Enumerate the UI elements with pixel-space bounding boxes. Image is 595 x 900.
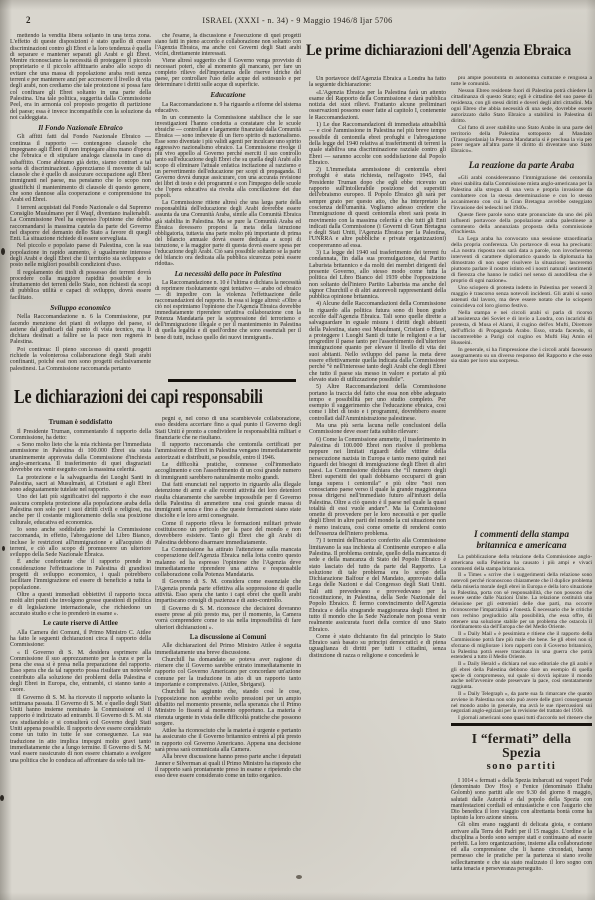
section-heading-stampa: I commenti della stampa britannica e ame…	[453, 530, 590, 551]
paragraph: Il « Daily Mail » è pessimista e ritiene…	[451, 632, 592, 661]
column-spezia: I “fermati” della Spezia sono partiti I …	[451, 729, 592, 894]
paragraph: Il « Daily Telegraph », da parte sua fa …	[451, 692, 592, 715]
paragraph: « Il Governo di S. M. desidera esprimere…	[10, 650, 151, 694]
column-press-comments: I commenti della stampa britannica e ame…	[451, 524, 592, 721]
paragraph: Le difficoltà pratiche, connesse coll'im…	[155, 462, 301, 481]
paragraph: che l'esame, la discussione e l'esecuzio…	[155, 33, 301, 57]
paragraph: Dai fatti enunciati nel rapporto in rigu…	[155, 482, 301, 520]
paragraph: Nella Raccomandazione n. 6 la Commission…	[10, 314, 151, 345]
paragraph: 3) La legge del 1940 sul trasferimento d…	[309, 250, 446, 300]
section-heading-fondo-nazionale: Il Fondo Nazionale Ebraico	[10, 124, 151, 132]
paragraph: Il « Daily Herald » dichiara nel suo edi…	[451, 662, 592, 691]
column-agenzia-right: più ampie possibilità di autonomia cultu…	[451, 76, 592, 522]
paragraph: mettendo la vendita libera soltanto in u…	[10, 33, 151, 121]
paragraph: pegni e, nel corso di una scambievole co…	[155, 416, 301, 441]
paragraph: Un portavoce dell'Agenzia Ebraica a Lond…	[309, 76, 446, 89]
paragraph: Il « Times » scrive che i suggerimenti d…	[451, 573, 592, 631]
column-top-middle: che l'esame, la discussione e l'esecuzio…	[155, 33, 301, 377]
paragraph: 5) Altre Raccomandazioni della Commissio…	[309, 384, 446, 422]
masthead: ISRAEL (XXXI - n. 34) - 9 Maggio 1946/8 …	[60, 16, 535, 25]
paragraph: Il rapporto raccomanda che centomila cer…	[155, 442, 301, 461]
paragraph: La Lega araba ha convocato una sessione …	[451, 237, 592, 285]
section-heading-pace-palestina: La necessità della pace in Palestina	[155, 270, 301, 278]
paragraph: Viene altresì suggerito che il Governo v…	[155, 58, 301, 88]
paragraph: Io sono anche soddisfatto perché la Comm…	[10, 527, 151, 558]
paragraph: «Gli arabi considereranno l'immigrazione…	[451, 176, 592, 212]
paragraph: Gli affitti fatti dal Fondo Nazionale Eb…	[10, 134, 151, 203]
ink-speck	[2, 546, 5, 551]
paragraph: Churchill ha domandato se poteva aver ra…	[155, 657, 301, 688]
paragraph: Il Governo di S. M. considera come essen…	[155, 579, 301, 604]
paragraph: Queste fiere parole sono state pronuncia…	[451, 213, 592, 237]
headline-agenzia-ebraica: Le prime dichiarazioni dell'Agenzia Ebra…	[306, 42, 571, 60]
paragraph: « Sono molto lieto che la mia richiesta …	[10, 442, 151, 473]
paragraph: Come è stato dichiarato fin dal principi…	[309, 634, 446, 659]
section-heading-sviluppo-economico: Sviluppo economico	[10, 304, 151, 312]
column-bottom-middle: pegni e, nel corso di una scambievole co…	[155, 416, 301, 898]
paragraph: 7) I termini dell'incarico conferito all…	[309, 538, 446, 632]
paragraph: 4) Alcune delle Raccomandazioni della Co…	[309, 301, 446, 383]
paragraph: Attlee ha riconosciuto che la materia è …	[155, 728, 301, 753]
paragraph: Come il rapporto rileva le formazioni mi…	[155, 521, 301, 546]
paragraph: Ma una più seria lacuna nelle conclusion…	[309, 423, 446, 436]
paragraph: La Raccomandazione n. 10 è l'ultima e di…	[155, 280, 301, 340]
section-heading-reazione-araba: La reazione da parte Araba	[453, 161, 590, 172]
paragraph: La Raccomandazione n. 9 ha riguardo a ri…	[155, 102, 301, 114]
headline-spezia-line1: I “fermati” della Spezia	[451, 732, 592, 760]
paragraph: «L'Agenzia Ebraica per la Palestina farà…	[309, 90, 446, 121]
section-heading-discussione-comuni: La discussione ai Comuni	[155, 633, 301, 642]
paragraph: 6) Come la Commissione ammette, il trasf…	[309, 437, 446, 538]
paragraph: La pubblicazione della relazione della C…	[451, 555, 592, 572]
article-divider-rule	[451, 723, 592, 726]
paragraph: Uno dei lati più significativi del rappo…	[10, 494, 151, 525]
ink-speck	[296, 875, 302, 879]
column-bottom-left: Truman è soddisfatto Il Presidente Truma…	[10, 416, 151, 898]
paragraph: Oltre a questi immediati obbiettivi il r…	[10, 592, 151, 617]
paragraph: La Commissione ritiene altresì che una l…	[155, 200, 301, 267]
headline-spezia-line2: sono partiti	[451, 761, 592, 773]
paragraph: Churchill ha aggiunto che, stando così l…	[155, 689, 301, 727]
paragraph: Alla Camera dei Comuni, il Primo Ministr…	[10, 630, 151, 649]
paragraph: Nella stampa e nei circoli arabi si parl…	[451, 311, 592, 347]
paragraph: Il regolamento dei titoli di possesso de…	[10, 270, 151, 301]
paragraph: Nel piccolo e popolato paese di Palestin…	[10, 243, 151, 268]
paragraph: La protezione e la salvaguardia dei Luog…	[10, 475, 151, 494]
section-heading-attlee: Le caute riserve di Attlee	[10, 619, 151, 628]
paragraph: Alla breve discussione hanno preso parte…	[155, 754, 301, 779]
paragraph: In un commento la Commissione stabilisce…	[155, 115, 301, 200]
paragraph: Alle dichiarazioni del Primo Ministro At…	[155, 643, 301, 656]
newspaper-page: 2 ISRAEL (XXXI - n. 34) - 9 Maggio 1946/…	[0, 0, 595, 900]
paragraph: Nessun Ebreo residente fuori di Palestin…	[451, 89, 592, 125]
paragraph: Il Governo di S. M. ha ricevuto il rappo…	[10, 695, 151, 764]
paragraph: Col fatto di aver stabilito uno Stato Ar…	[451, 126, 592, 156]
paragraph: 2) L'immediata ammissione di centomila e…	[309, 167, 446, 249]
paragraph: I 1014 « fermati » della Spezia imbarcat…	[451, 778, 592, 821]
paragraph: È anche confortante che il rapporto pren…	[10, 559, 151, 590]
paragraph: Il Governo di S. M. riconosce che decisi…	[155, 606, 301, 631]
paragraph: 1) Le due Raccomandazioni di immediata a…	[309, 122, 446, 166]
paragraph: In generale, si ha l'impressione che i c…	[451, 348, 592, 366]
section-divider-rule	[168, 379, 296, 382]
section-heading-truman: Truman è soddisfatto	[10, 418, 151, 427]
paragraph: Il Presidente Truman, commentando il rap…	[10, 429, 151, 442]
paragraph: più ampie possibilità di autonomia cultu…	[451, 76, 592, 88]
paragraph: Uno sciopero di protesta indetto in Pale…	[451, 286, 592, 310]
paragraph: I giornali americani sono quasi tutti d'…	[451, 716, 592, 721]
ink-speck	[0, 795, 4, 801]
page-number: 2	[26, 15, 31, 25]
paragraph: Gli olim erano raggianti di delicata gio…	[451, 822, 592, 872]
ink-speck	[1, 248, 5, 255]
paragraph: Poi continua: Il pieno successo di quest…	[10, 347, 151, 372]
column-agenzia-left: Un portavoce dell'Agenzia Ebraica a Lond…	[309, 76, 446, 866]
column-top-left: mettendo la vendita libera soltanto in u…	[10, 33, 151, 385]
paragraph: La Commissione ha attirato l'attenzione …	[155, 547, 301, 578]
section-heading-educazione: Educazione	[155, 91, 301, 99]
headline-capi-responsabili: Le dichiarazioni dei capi responsabili	[14, 386, 263, 409]
paragraph: I terreni acquistati dal Fondo Nazionale…	[10, 205, 151, 243]
